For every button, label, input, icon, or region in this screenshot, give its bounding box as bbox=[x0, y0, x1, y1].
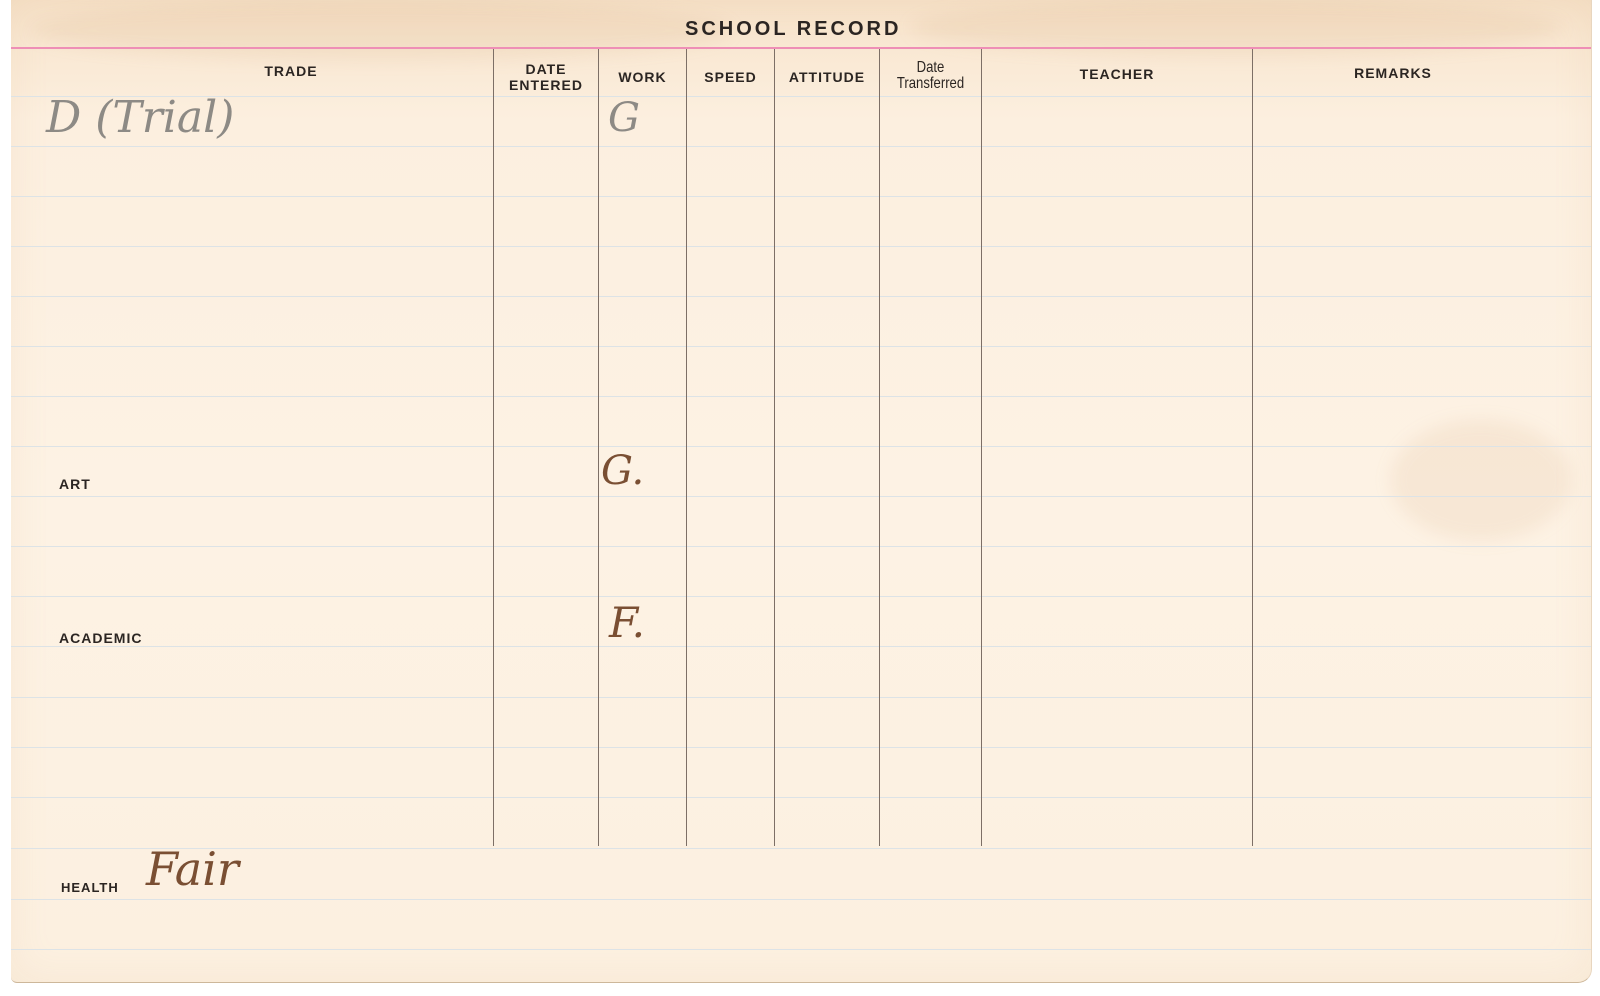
ruled-line bbox=[11, 697, 1591, 698]
ruled-line bbox=[11, 646, 1591, 647]
paper-stain bbox=[31, 0, 731, 60]
header-date-transferred-line2: Transferred bbox=[889, 76, 972, 92]
ruled-line bbox=[11, 246, 1591, 247]
column-divider bbox=[1252, 49, 1253, 846]
ruled-line bbox=[11, 596, 1591, 597]
column-divider bbox=[774, 49, 775, 846]
header-date-entered-line1: DATE bbox=[494, 61, 598, 77]
art-work-grade: G. bbox=[601, 448, 644, 494]
header-date-entered: DATE ENTERED bbox=[494, 61, 598, 93]
header-trade: TRADE bbox=[191, 63, 391, 79]
header-attitude: ATTITUDE bbox=[775, 69, 879, 85]
academic-work-grade: F. bbox=[609, 598, 645, 647]
header-remarks: REMARKS bbox=[1253, 65, 1533, 81]
trade-entry-handwritten: D (Trial) bbox=[46, 92, 234, 143]
column-divider bbox=[493, 49, 494, 846]
ruled-line bbox=[11, 196, 1591, 197]
ruled-line bbox=[11, 747, 1591, 748]
column-divider bbox=[879, 49, 880, 846]
ruled-line bbox=[11, 296, 1591, 297]
school-record-card: SCHOOL RECORD TRADE DATE ENTERED WORK SP… bbox=[11, 0, 1592, 983]
header-date-entered-line2: ENTERED bbox=[494, 77, 598, 93]
ruled-line bbox=[11, 899, 1591, 900]
ruled-line bbox=[11, 396, 1591, 397]
row-label-art: ART bbox=[59, 476, 91, 492]
ruled-line bbox=[11, 949, 1591, 950]
column-divider bbox=[598, 49, 599, 846]
ruled-line bbox=[11, 496, 1591, 497]
header-work: WORK bbox=[599, 69, 686, 85]
health-value: Fair bbox=[146, 842, 239, 896]
ruled-line bbox=[11, 146, 1591, 147]
health-label: HEALTH bbox=[61, 880, 119, 895]
column-divider bbox=[981, 49, 982, 846]
paper-stain bbox=[1391, 420, 1571, 540]
header-date-transferred-line1: Date bbox=[889, 60, 972, 76]
ruled-line bbox=[11, 446, 1591, 447]
row-label-academic: ACADEMIC bbox=[59, 630, 142, 646]
ruled-line bbox=[11, 96, 1591, 97]
header-rule bbox=[11, 47, 1591, 49]
ruled-line bbox=[11, 546, 1591, 547]
column-divider bbox=[686, 49, 687, 846]
ruled-line bbox=[11, 346, 1591, 347]
header-date-transferred: Date Transferred bbox=[889, 60, 972, 92]
document-title: SCHOOL RECORD bbox=[685, 18, 901, 41]
ruled-line bbox=[11, 848, 1591, 849]
ruled-line bbox=[11, 797, 1591, 798]
trade-work-grade: G bbox=[608, 95, 640, 141]
header-teacher: TEACHER bbox=[982, 66, 1252, 82]
header-speed: SPEED bbox=[687, 69, 774, 85]
